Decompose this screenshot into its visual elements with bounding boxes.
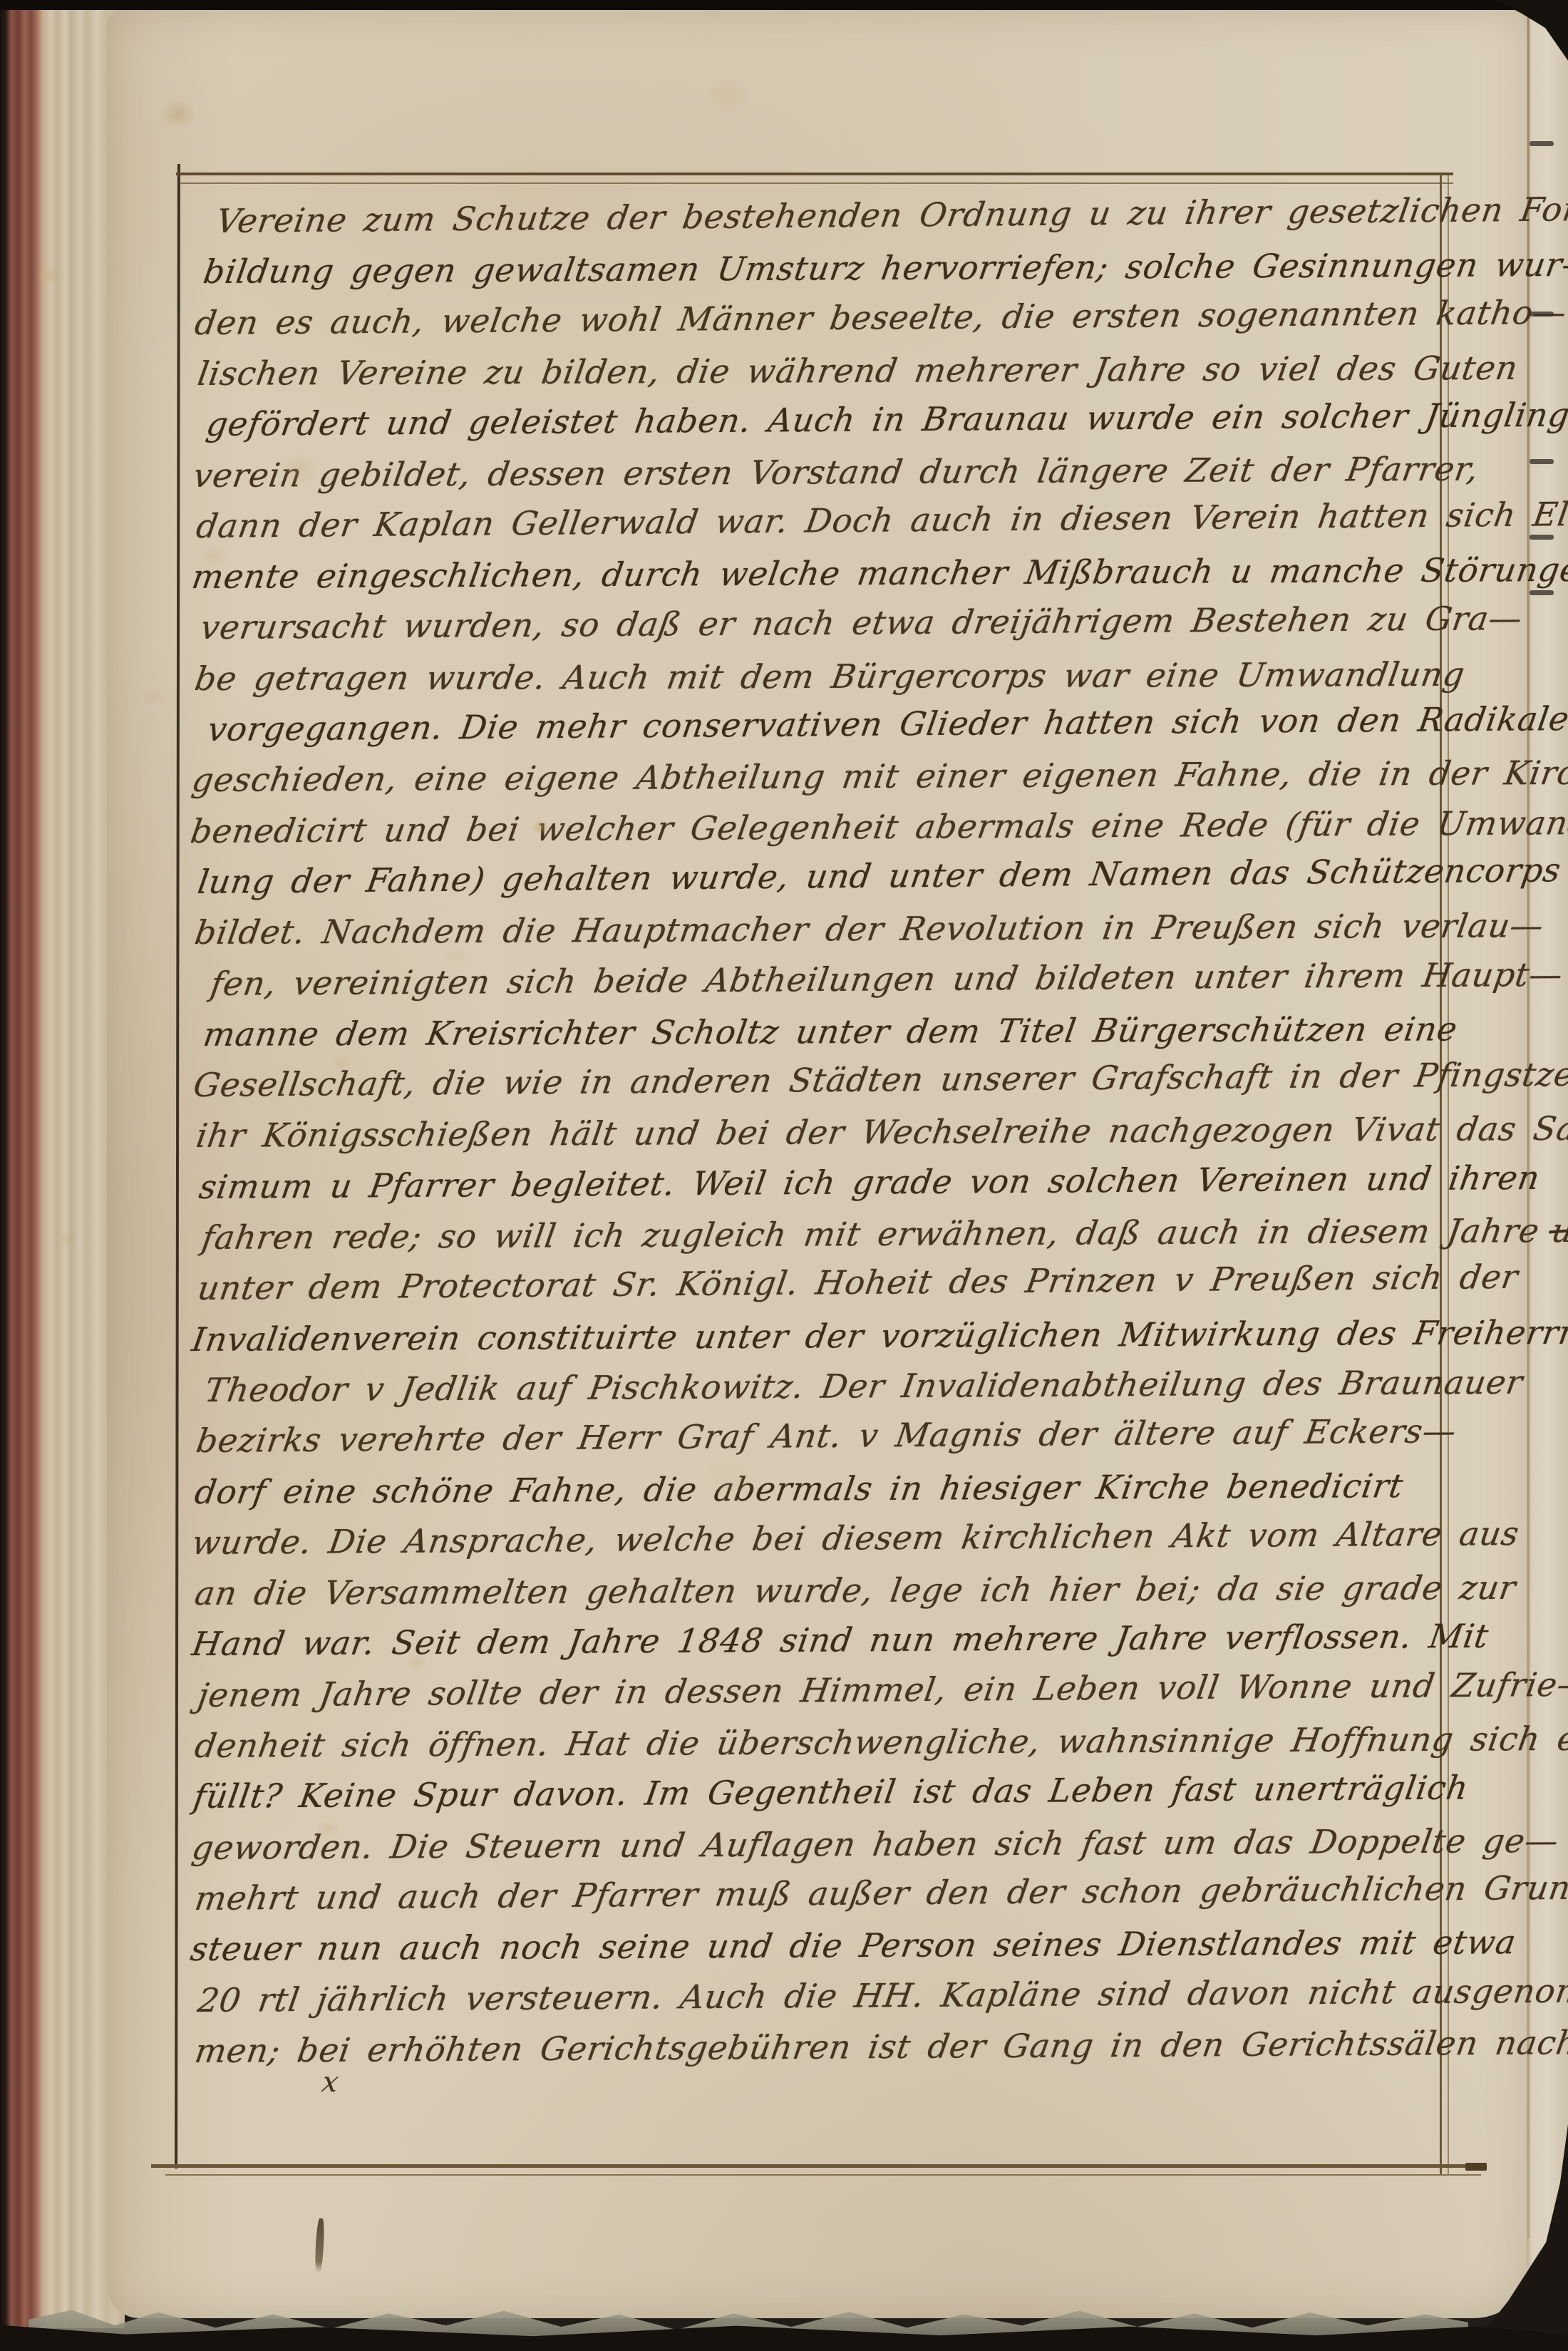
paper-stain: [278, 453, 321, 487]
struck-out-word: un: [1549, 1211, 1568, 1250]
manuscript-line: lung der Fahne) gehalten wurde, und unte…: [195, 850, 1568, 900]
manuscript-line: Hand war. Seit dem Jahre 1848 sind nun m…: [190, 1617, 1491, 1662]
manuscript-line: bezirks verehrte der Herr Graf Ant. v Ma…: [194, 1412, 1459, 1459]
manuscript-line: Theodor v Jedlik auf Pischkowitz. Der In…: [202, 1364, 1525, 1409]
manuscript-line: Invalidenverein constituirte unter der v…: [190, 1313, 1568, 1357]
manuscript-line: wurde. Die Ansprache, welche bei diesem …: [190, 1515, 1522, 1561]
manuscript-line: jenem Jahre sollte der in dessen Himmel,…: [195, 1665, 1568, 1713]
scanned-book-photo: { "document": { "kind": "handwritten man…: [0, 0, 1568, 2351]
paper-stain: [56, 1229, 79, 1247]
manuscript-line: Gesellschaft, die wie in anderen Städten…: [191, 1056, 1568, 1104]
paper-stain: [198, 544, 229, 569]
manuscript-line: simum u Pfarrer begleitet. Weil ich grad…: [197, 1159, 1542, 1205]
manuscript-line: den es auch, welche wohl Männer beseelte…: [192, 294, 1568, 341]
binding-stitch-mark: [1530, 590, 1554, 595]
manuscript-line: verursacht wurden, so daß er nach etwa d…: [198, 600, 1525, 646]
binding-stitch-mark: [1530, 141, 1554, 146]
manuscript-line: bildet. Nachdem die Hauptmacher der Revo…: [192, 907, 1547, 951]
manuscript-line: Vereine zum Schutze der bestehenden Ordn…: [214, 190, 1568, 240]
manuscript-line: 20 rtl jährlich versteuern. Auch die HH.…: [195, 1972, 1568, 2019]
manuscript-line: mente eingeschlichen, durch welche manch…: [190, 551, 1568, 595]
paper-stain: [143, 688, 164, 705]
manuscript-line: men; bei erhöhten Gerichtsgebühren ist d…: [192, 2024, 1568, 2069]
paper-stain: [315, 1819, 341, 1840]
binding-stitch-mark: [1530, 312, 1554, 317]
manuscript-line: an die Versammelten gehalten wurde, lege…: [192, 1569, 1519, 1612]
manuscript-line: dann der Kaplan Gellerwald war. Doch auc…: [194, 495, 1568, 544]
manuscript-line: mehrt und auch der Pfarrer muß außer den…: [192, 1868, 1568, 1917]
manuscript-line: dorf eine schöne Fahne, die abermals in …: [192, 1467, 1406, 1511]
paper-stain: [442, 945, 470, 967]
binding-stitch-mark: [1530, 459, 1554, 464]
manuscript-line: unter dem Protectorat Sr. Königl. Hoheit…: [195, 1258, 1521, 1307]
manuscript-line: lischen Vereine zu bilden, die während m…: [195, 349, 1520, 392]
manuscript-line: füllt? Keine Spur davon. Im Gegentheil i…: [191, 1769, 1471, 1815]
manuscript-line: bildung gegen gewaltsamen Umsturz hervor…: [201, 246, 1568, 290]
paper-stain: [37, 265, 63, 286]
manuscript-line: steuer nun auch noch seine und die Perso…: [188, 1923, 1519, 1967]
manuscript-line: gefördert und geleistet haben. Auch in B…: [204, 396, 1568, 443]
manuscript-line: benedicirt und bei welcher Gelegenheit a…: [188, 803, 1568, 849]
paper-stain: [702, 1454, 759, 1500]
paper-stain: [1123, 1537, 1157, 1564]
manuscript-line: geschieden, eine eigene Abtheilung mit e…: [190, 754, 1568, 798]
manuscript-line: fahren rede; so will ich zugleich mit er…: [200, 1212, 1568, 1256]
manuscript-line: ihr Königsschießen hält und bei der Wech…: [194, 1109, 1568, 1154]
manuscript-text-block: Vereine zum Schutze der bestehenden Ordn…: [0, 0, 1568, 2351]
paper-stain: [330, 1054, 354, 1073]
manuscript-line: geworden. Die Steuern und Auflagen haben…: [190, 1822, 1562, 1866]
manuscript-line: verein gebildet, dessen ersten Vorstand …: [191, 450, 1481, 493]
binding-stitch-mark: [1530, 535, 1554, 540]
manuscript-line: fen, vereinigten sich beide Abtheilungen…: [208, 955, 1565, 1002]
paper-stain: [706, 78, 748, 113]
paper-stain: [160, 99, 197, 129]
manuscript-line: be getragen wurde. Auch mit dem Bürgerco…: [192, 655, 1468, 696]
manuscript-line: denheit sich öffnen. Hat die überschweng…: [192, 1719, 1568, 1764]
paper-stain: [530, 820, 549, 835]
manuscript-line: manne dem Kreisrichter Scholtz unter dem…: [201, 1010, 1460, 1053]
paper-stain: [406, 1654, 428, 1671]
manuscript-line: vorgegangen. Die mehr conservativen Glie…: [205, 700, 1568, 748]
